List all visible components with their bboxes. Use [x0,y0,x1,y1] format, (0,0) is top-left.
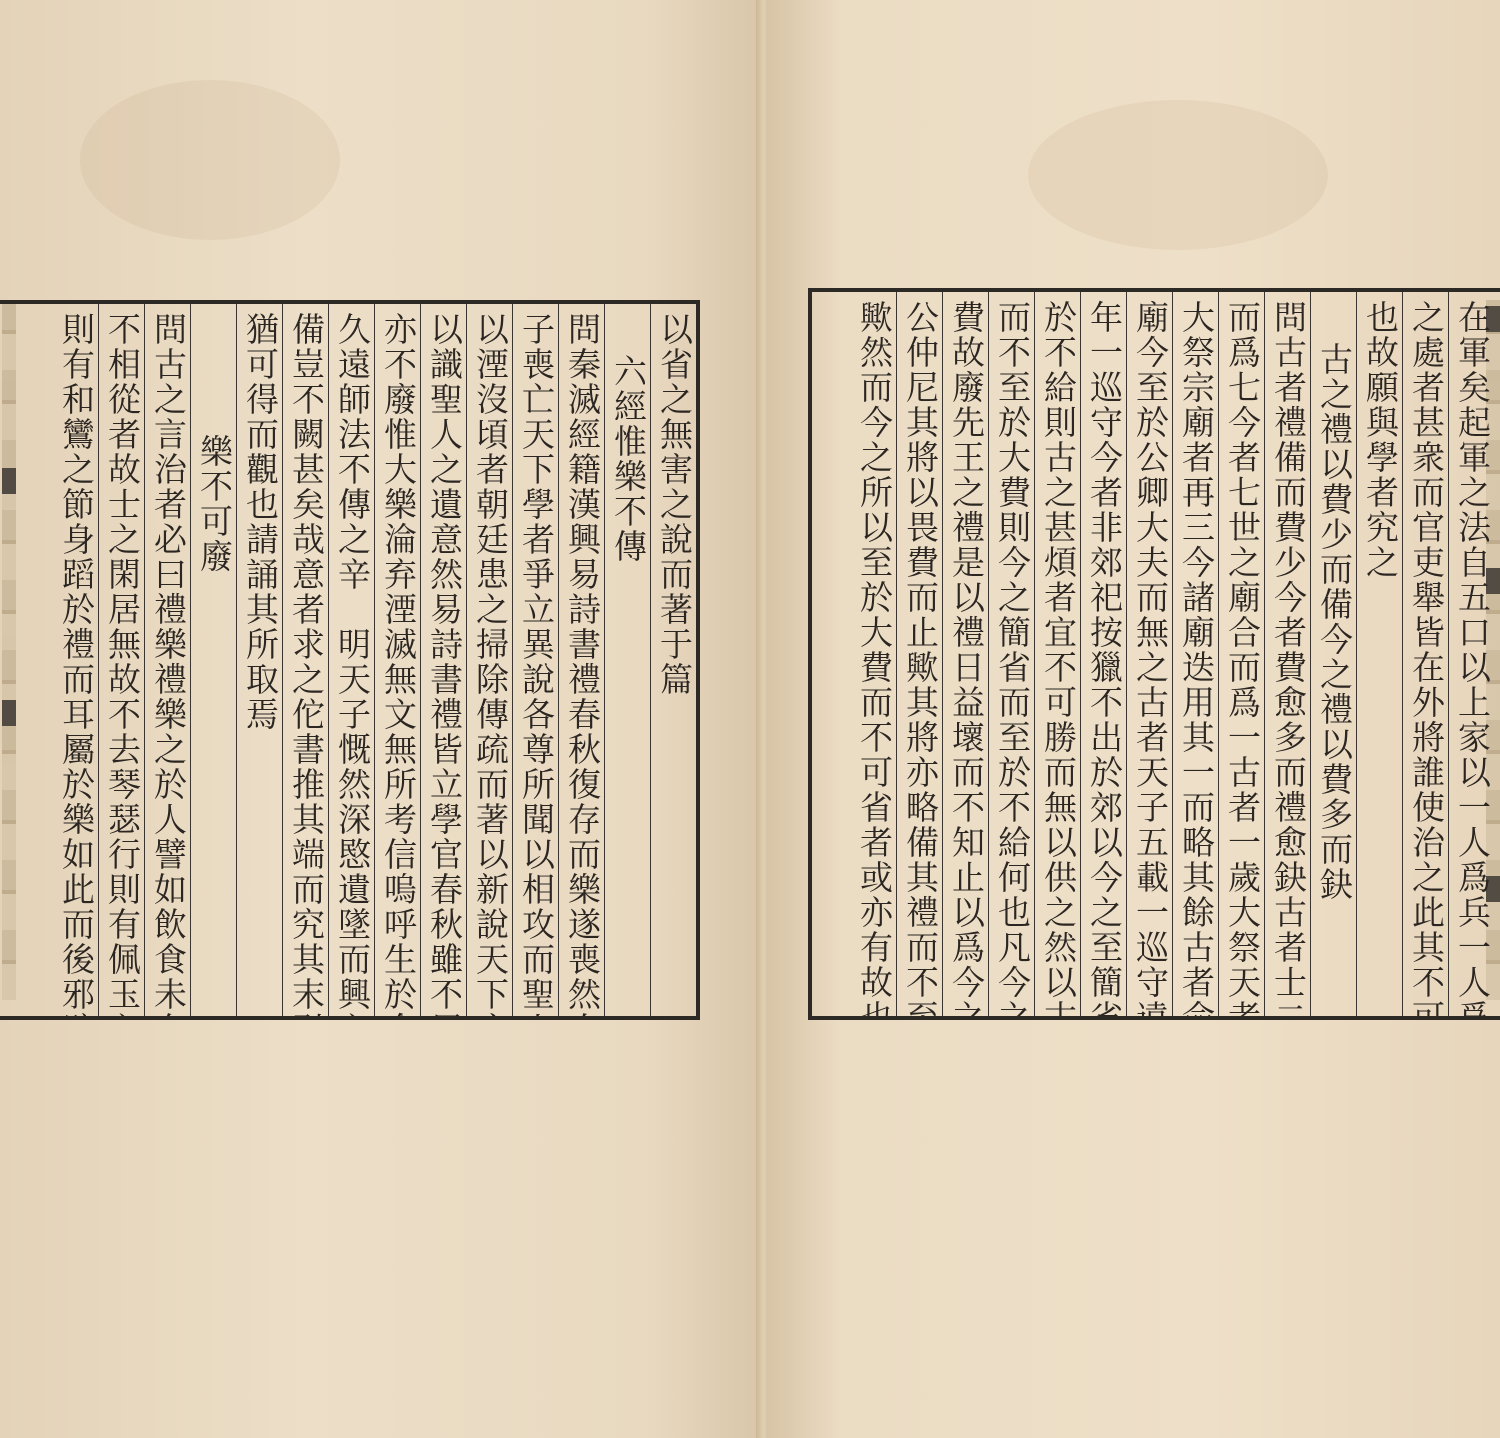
text-column: 問古之言治者必曰禮樂禮樂之於人譬如飲食未有一日而 [144,304,190,1016]
text-column: 猶可得而觀也請誦其所取焉 [236,304,282,1016]
text-column: 六經惟樂不傳 [604,304,650,1016]
book-spread: 以省之無害之說而著于篇六經惟樂不傳問秦滅經籍漢興易詩書禮春秋復存而樂遂喪然自孔子… [0,0,1500,1438]
text-column: 費故廢先王之禮是以禮日益壞而不知止以爲今之世有周 [942,292,988,1016]
text-column: 問古者禮備而費少今者費愈多而禮愈鈌古者士二廟分 [1264,292,1310,1016]
text-column: 以識聖人之遺意然易詩書禮皆立學官春秋雖不用而其書 [420,304,466,1016]
text-column: 樂不可廢 [190,304,236,1016]
text-column: 古之禮以費少而備今之禮以費多而鈌 [1310,292,1356,1016]
text-column: 而不至於大費則今之簡省而至於不給何也凡今之人皆以 [988,292,1034,1016]
text-column: 而爲七今者七世之廟合而爲一古者一歲大祭天者四五歲 [1218,292,1264,1016]
text-column: 公仲尼其將以畏費而止歟其將亦略備其禮而不至於大費 [896,292,942,1016]
text-column: 久遠師法不傳之辛 明天子慨然深愍遺墜而興之而六經不 [328,304,374,1016]
left-page-frame: 以省之無害之說而著于篇六經惟樂不傳問秦滅經籍漢興易詩書禮春秋復存而樂遂喪然自孔子… [0,300,700,1020]
text-column: 不相從者故士之閑居無故不去琴瑟行則有佩玉之音登車 [98,304,144,1016]
text-column: 以湮沒頃者朝廷患之掃除傳疏而著以新說天下庶幾由此 [466,304,512,1016]
paper-stain [80,80,340,240]
text-column: 廟今至於公卿大夫而無之古者天子五載一巡守遠者十二 [1126,292,1172,1016]
text-column: 在軍矣起軍之法自五口以上家以一人爲兵一人爲役而家 [1448,292,1494,1016]
text-column: 則有和鸞之節身蹈於禮而耳屬於樂如此而後邪辟不至蓋 [52,304,98,1016]
text-column: 亦不廢惟大樂淪弃湮滅無文無所考信嗚呼生於今去聖 [374,304,420,1016]
left-leaf: 以省之無害之說而著于篇六經惟樂不傳問秦滅經籍漢興易詩書禮春秋復存而樂遂喪然自孔子… [0,0,760,1438]
text-column: 問秦滅經籍漢興易詩書禮春秋復存而樂遂喪然自孔子弟 [558,304,604,1016]
right-page-frame: 在軍矣起軍之法自五口以上家以一人爲兵一人爲役而家之處者甚衆而官吏舉皆在外將誰使治… [808,288,1500,1020]
text-column: 之處者甚衆而官吏舉皆在外將誰使治之此其不可知者二 [1402,292,1448,1016]
paper-stain [1028,100,1328,250]
text-column: 於不給則古之甚煩者宜不可勝而無以供之然以古之甚煩 [1034,292,1080,1016]
text-column: 歟然而今之所以至於大費而不可省者或亦有故也其思所 [850,292,896,1016]
text-column: 大祭宗廟者再三今諸廟迭用其一而略其餘古者命士以上皆有 [1172,292,1218,1016]
text-column: 備豈不闕甚矣哉意者求之佗書推其端而究其末引而信之 [282,304,328,1016]
text-column: 子喪亡天下學者爭立異說各尊所聞以相攻而聖人之道日 [512,304,558,1016]
text-column: 年一巡守今者非郊祀按獵不出於郊以今之至簡省而財至 [1080,292,1126,1016]
text-column: 以省之無害之說而著于篇 [650,304,696,1016]
right-page-columns: 在軍矣起軍之法自五口以上家以一人爲兵一人爲役而家之處者甚衆而官吏舉皆在外將誰使治… [812,292,1494,1016]
left-page-columns: 以省之無害之說而著于篇六經惟樂不傳問秦滅經籍漢興易詩書禮春秋復存而樂遂喪然自孔子… [0,304,696,1016]
text-column: 也故願與學者究之 [1356,292,1402,1016]
